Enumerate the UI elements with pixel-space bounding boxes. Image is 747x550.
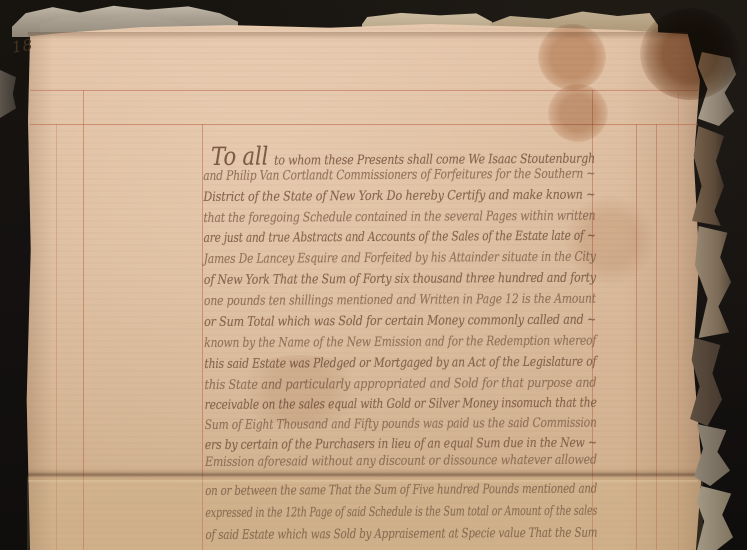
stain <box>640 8 740 100</box>
manuscript-text-line: District of the State of New York Do her… <box>203 188 595 210</box>
manuscript-text-line: one pounds ten shillings mentioned and W… <box>204 292 596 314</box>
manuscript-text-line: that the foregoing Schedule contained in… <box>203 209 595 231</box>
stain <box>548 84 608 142</box>
torn-paper-fragment <box>695 226 731 338</box>
manuscript-text-line: and Philip Van Cortlandt Commissioners o… <box>203 167 595 189</box>
opening-words: To all <box>211 142 268 171</box>
manuscript-text-line: of New York That the Sum of Forty six th… <box>204 271 596 293</box>
page-number: 18 <box>11 35 35 56</box>
torn-paper-fragment <box>0 70 16 118</box>
manuscript-text-line: expressed in the 12th Page of said Sched… <box>205 504 597 526</box>
document-scan: 18 To allto whom these Presents shall co… <box>0 0 747 550</box>
manuscript-text-line: known by the Name of the New Emission an… <box>204 334 596 356</box>
manuscript-text-line: or Sum Total which was Sold for certain … <box>204 313 596 335</box>
torn-paper-fragment <box>692 126 724 226</box>
manuscript-text-line: James De Lancey Esquire and Forfeited by… <box>204 250 596 272</box>
stain <box>230 355 370 425</box>
manuscript-text: To allto whom these Presents shall come … <box>202 0 599 550</box>
stain <box>538 24 606 90</box>
manuscript-text-line: are just and true Abstracts and Accounts… <box>204 229 596 251</box>
manuscript-text-line: Emission aforesaid without any discount … <box>205 453 597 475</box>
manuscript-text-line: of said Estate which was Sold by Apprais… <box>205 526 597 548</box>
manuscript-text-line: on or between the same That the Sum of F… <box>205 482 597 504</box>
stain <box>565 195 655 285</box>
